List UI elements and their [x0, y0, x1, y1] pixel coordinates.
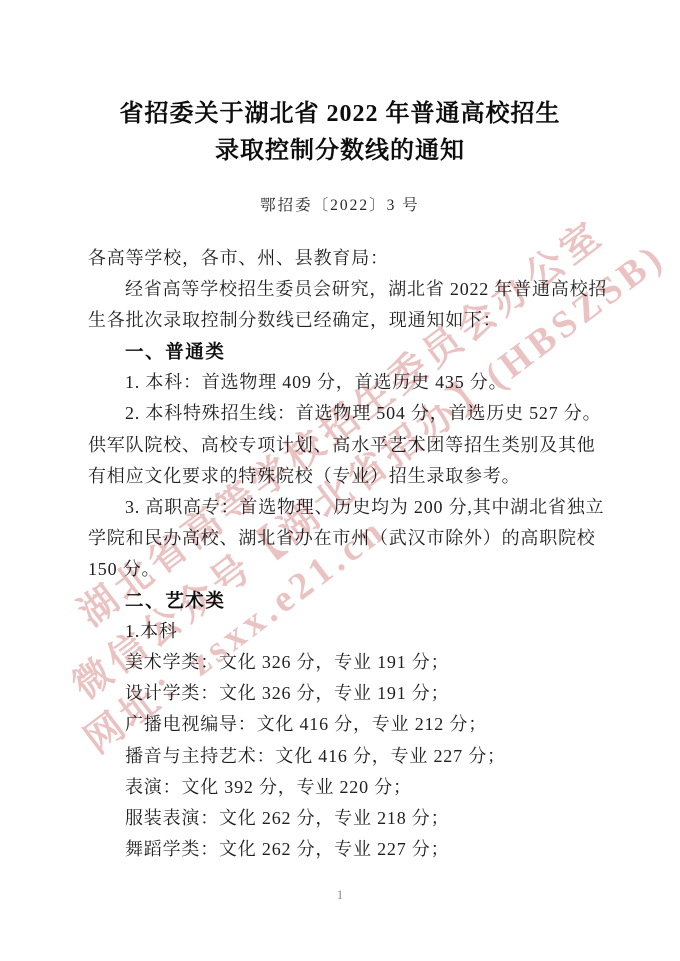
body-line: 舞蹈学类：文化 262 分，专业 227 分；: [88, 834, 594, 865]
body-line: 服装表演：文化 262 分，专业 218 分；: [88, 803, 594, 834]
body-line: 有相应文化要求的特殊院校（专业）招生录取参考。: [88, 461, 594, 492]
document-title-line1: 省招委关于湖北省 2022 年普通高校招生: [0, 96, 680, 133]
body-line: 生各批次录取控制分数线已经确定，现通知如下：: [88, 305, 594, 336]
body-line: 表演：文化 392 分，专业 220 分；: [88, 772, 594, 803]
document-title-line2: 录取控制分数线的通知: [0, 133, 680, 170]
document-page: 湖北省高等学校招生委员会办公室 微信公众号【湖北省招办】(HBSZSB) 网址：…: [0, 0, 680, 961]
body-line: 经省高等学校招生委员会研究，湖北省 2022 年普通高校招: [88, 274, 594, 305]
body-line: 150 分。: [88, 554, 594, 585]
document-title: 省招委关于湖北省 2022 年普通高校招生 录取控制分数线的通知: [0, 96, 680, 170]
section-heading: 一、普通类: [88, 336, 594, 367]
body-line: 2. 本科特殊招生线：首选物理 504 分，首选历史 527 分。: [88, 398, 594, 429]
document-body: 各高等学校，各市、州、县教育局：经省高等学校招生委员会研究，湖北省 2022 年…: [88, 243, 594, 865]
body-line: 学院和民办高校、湖北省办在市州（武汉市除外）的高职院校: [88, 523, 594, 554]
body-line: 美术学类：文化 326 分，专业 191 分；: [88, 647, 594, 678]
document-number: 鄂招委〔2022〕3 号: [0, 193, 680, 215]
section-heading: 二、艺术类: [88, 585, 594, 616]
body-line: 各高等学校，各市、州、县教育局：: [88, 243, 594, 274]
body-line: 1.本科: [88, 616, 594, 647]
body-line: 广播电视编导：文化 416 分，专业 212 分；: [88, 709, 594, 740]
body-line: 1. 本科：首选物理 409 分，首选历史 435 分。: [88, 367, 594, 398]
body-line: 设计学类：文化 326 分，专业 191 分；: [88, 678, 594, 709]
body-line: 供军队院校、高校专项计划、高水平艺术团等招生类别及其他: [88, 430, 594, 461]
page-number: 1: [0, 887, 680, 903]
body-line: 播音与主持艺术：文化 416 分，专业 227 分；: [88, 741, 594, 772]
body-line: 3. 高职高专：首选物理、历史均为 200 分,其中湖北省独立: [88, 492, 594, 523]
